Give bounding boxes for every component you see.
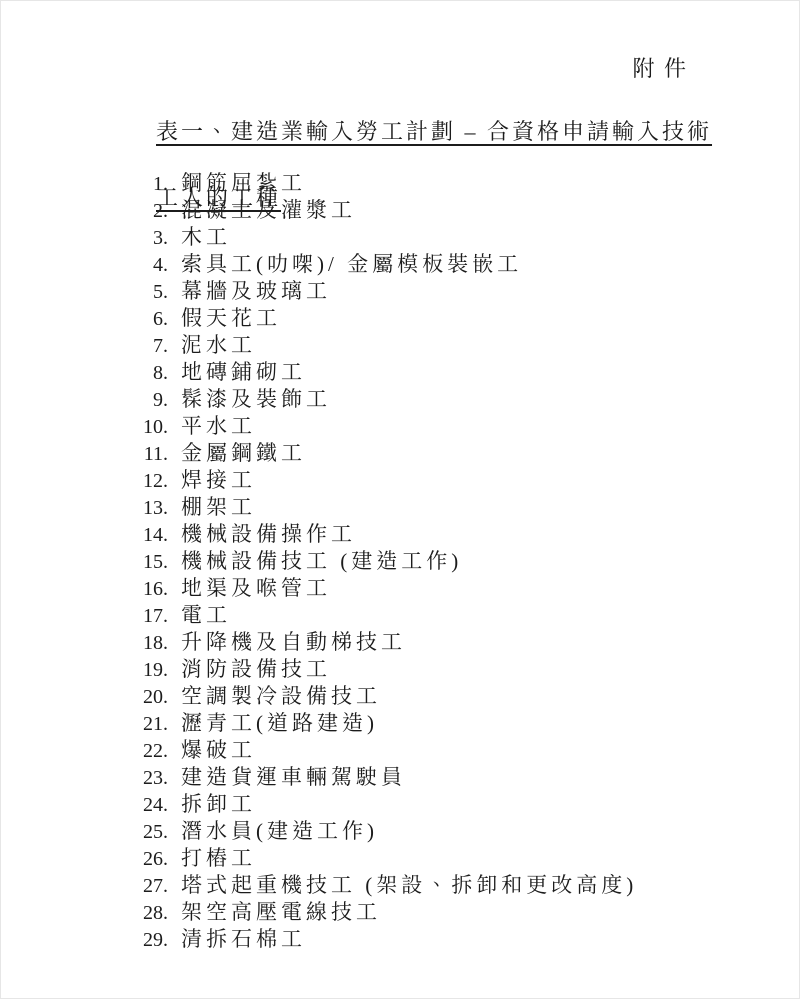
list-item: 9.髹漆及裝飾工 <box>130 386 637 413</box>
list-item: 7.泥水工 <box>130 332 637 359</box>
list-item: 6.假天花工 <box>130 305 637 332</box>
list-item: 10.平水工 <box>130 413 637 440</box>
list-item-number: 15. <box>130 549 168 576</box>
list-item-number: 24. <box>130 792 168 819</box>
list-item: 5.幕牆及玻璃工 <box>130 278 637 305</box>
list-item-number: 20. <box>130 684 168 711</box>
list-item: 3.木工 <box>130 224 637 251</box>
list-item-number: 8. <box>130 360 168 387</box>
list-item: 23.建造貨運車輛駕駛員 <box>130 764 637 791</box>
list-item-number: 16. <box>130 576 168 603</box>
list-item-text: 地渠及喉管工 <box>181 575 331 602</box>
list-item-text: 幕牆及玻璃工 <box>181 278 331 305</box>
list-item-text: 建造貨運車輛駕駛員 <box>181 764 406 791</box>
list-item-number: 12. <box>130 468 168 495</box>
list-item-text: 索具工(叻㗎)/ 金屬模板裝嵌工 <box>181 251 522 278</box>
list-item-text: 打樁工 <box>181 845 256 872</box>
list-item: 21.瀝青工(道路建造) <box>130 710 637 737</box>
list-item-number: 23. <box>130 765 168 792</box>
list-item: 4.索具工(叻㗎)/ 金屬模板裝嵌工 <box>130 251 637 278</box>
list-item-number: 22. <box>130 738 168 765</box>
document-page: 附 件 表一、建造業輸入勞工計劃 – 合資格申請輸入技術 工人的工種 1.鋼筋屈… <box>0 0 800 999</box>
list-item-text: 潛水員(建造工作) <box>181 818 378 845</box>
list-item-text: 焊接工 <box>181 467 256 494</box>
list-item: 8.地磚鋪砌工 <box>130 359 637 386</box>
list-item-number: 21. <box>130 711 168 738</box>
list-item: 22.爆破工 <box>130 737 637 764</box>
list-item-text: 地磚鋪砌工 <box>181 359 306 386</box>
list-item-number: 28. <box>130 900 168 927</box>
list-item-number: 7. <box>130 333 168 360</box>
list-item-number: 3. <box>130 225 168 252</box>
list-item-text: 架空高壓電線技工 <box>181 899 381 926</box>
list-item-number: 1. <box>130 171 168 198</box>
list-item-text: 電工 <box>181 602 231 629</box>
list-item-text: 金屬鋼鐵工 <box>181 440 306 467</box>
list-item-text: 爆破工 <box>181 737 256 764</box>
list-item: 11.金屬鋼鐵工 <box>130 440 637 467</box>
list-item: 28.架空高壓電線技工 <box>130 899 637 926</box>
list-item: 25.潛水員(建造工作) <box>130 818 637 845</box>
list-item: 27.塔式起重機技工 (架設、拆卸和更改高度) <box>130 872 637 899</box>
list-item: 2.混凝土及灌漿工 <box>130 197 637 224</box>
list-item-text: 清拆石棉工 <box>181 926 306 953</box>
list-item-number: 29. <box>130 927 168 954</box>
list-item: 14.機械設備操作工 <box>130 521 637 548</box>
list-item-number: 13. <box>130 495 168 522</box>
list-item: 26.打樁工 <box>130 845 637 872</box>
list-item: 15.機械設備技工 (建造工作) <box>130 548 637 575</box>
worker-type-list: 1.鋼筋屈紮工2.混凝土及灌漿工3.木工4.索具工(叻㗎)/ 金屬模板裝嵌工5.… <box>130 170 637 953</box>
list-item: 20.空調製冷設備技工 <box>130 683 637 710</box>
list-item: 12.焊接工 <box>130 467 637 494</box>
list-item-number: 9. <box>130 387 168 414</box>
list-item-text: 塔式起重機技工 (架設、拆卸和更改高度) <box>181 872 637 899</box>
list-item: 1.鋼筋屈紮工 <box>130 170 637 197</box>
list-item: 17.電工 <box>130 602 637 629</box>
list-item-text: 機械設備技工 (建造工作) <box>181 548 462 575</box>
list-item-text: 拆卸工 <box>181 791 256 818</box>
list-item-number: 17. <box>130 603 168 630</box>
list-item-number: 27. <box>130 873 168 900</box>
list-item: 24.拆卸工 <box>130 791 637 818</box>
list-item-text: 空調製冷設備技工 <box>181 683 381 710</box>
list-item-number: 2. <box>130 198 168 225</box>
list-item: 19.消防設備技工 <box>130 656 637 683</box>
list-item-number: 4. <box>130 252 168 279</box>
list-item-number: 10. <box>130 414 168 441</box>
list-item-number: 11. <box>130 441 168 468</box>
list-item-number: 19. <box>130 657 168 684</box>
list-item: 13.棚架工 <box>130 494 637 521</box>
list-item: 29.清拆石棉工 <box>130 926 637 953</box>
list-item-text: 混凝土及灌漿工 <box>181 197 356 224</box>
list-item-number: 14. <box>130 522 168 549</box>
list-item-number: 25. <box>130 819 168 846</box>
list-item: 16.地渠及喉管工 <box>130 575 637 602</box>
list-item-text: 假天花工 <box>181 305 281 332</box>
list-item-text: 泥水工 <box>181 332 256 359</box>
list-item-text: 髹漆及裝飾工 <box>181 386 331 413</box>
title-line-1: 表一、建造業輸入勞工計劃 – 合資格申請輸入技術 <box>156 119 712 144</box>
list-item-text: 木工 <box>181 224 231 251</box>
list-item-text: 平水工 <box>181 413 256 440</box>
list-item-number: 26. <box>130 846 168 873</box>
list-item-text: 消防設備技工 <box>181 656 331 683</box>
list-item-text: 升降機及自動梯技工 <box>181 629 406 656</box>
list-item-text: 瀝青工(道路建造) <box>181 710 378 737</box>
annex-label: 附 件 <box>632 52 688 83</box>
list-item-number: 18. <box>130 630 168 657</box>
list-item-text: 鋼筋屈紮工 <box>181 170 306 197</box>
list-item: 18.升降機及自動梯技工 <box>130 629 637 656</box>
list-item-number: 6. <box>130 306 168 333</box>
list-item-number: 5. <box>130 279 168 306</box>
list-item-text: 機械設備操作工 <box>181 521 356 548</box>
list-item-text: 棚架工 <box>181 494 256 521</box>
